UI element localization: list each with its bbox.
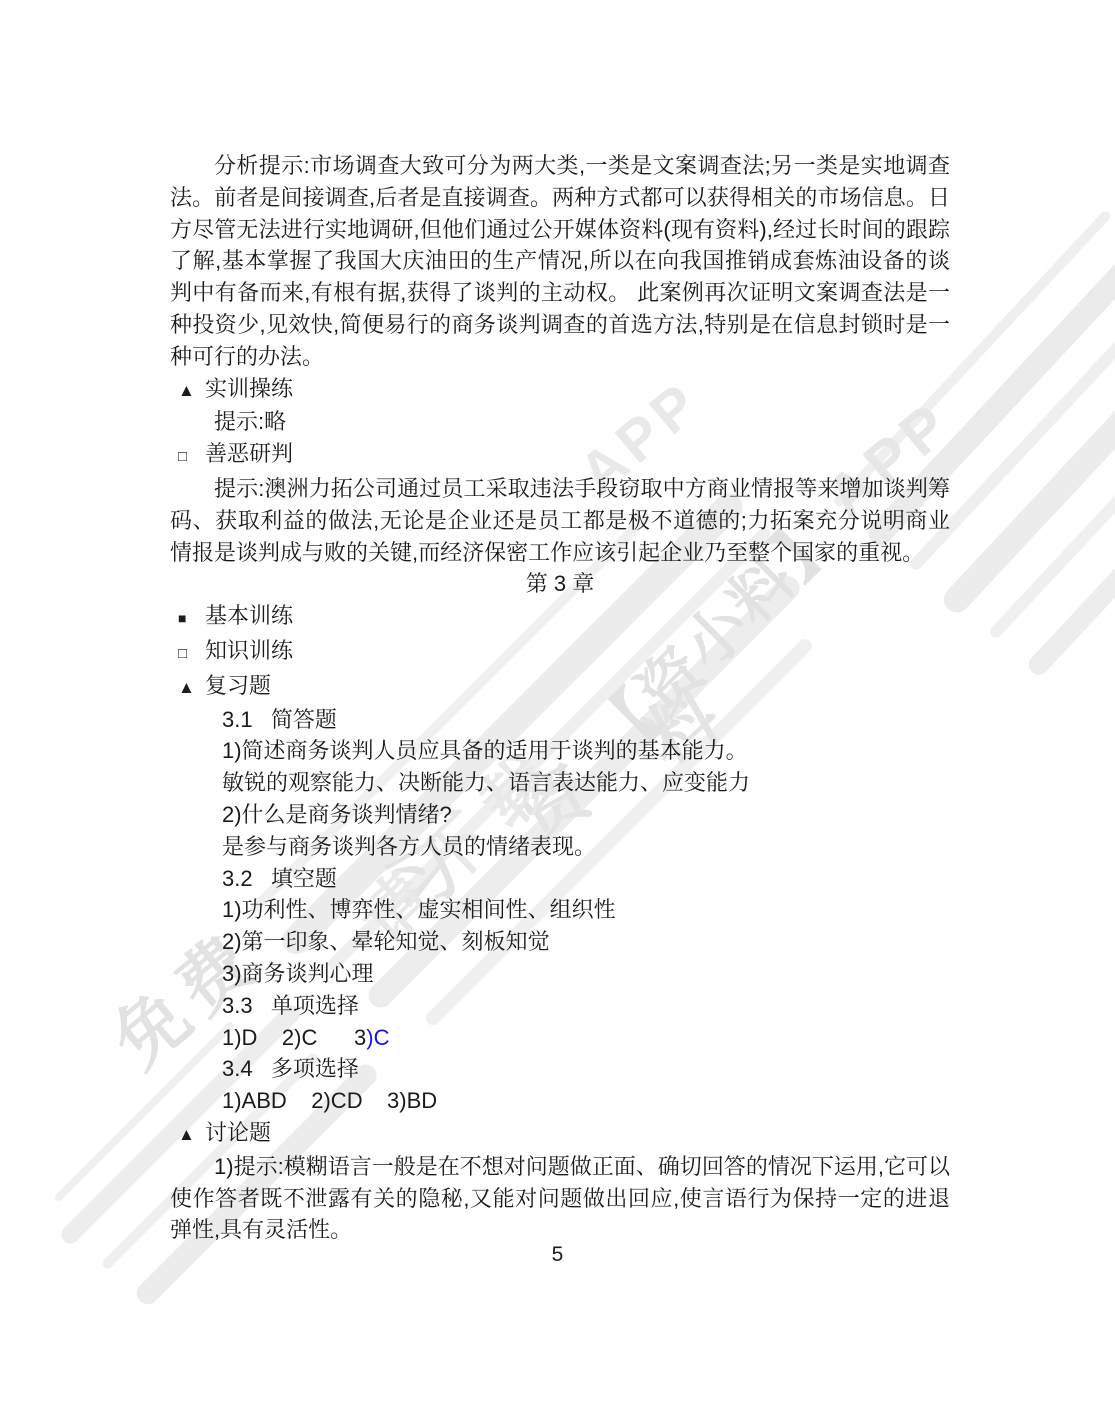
- answer-text: 1)D 2)C 3: [222, 1025, 366, 1050]
- answer-line: 2)第一印象、晕轮知觉、刻板知觉: [170, 926, 950, 958]
- square-hollow-marker-icon: □: [178, 441, 205, 473]
- triangle-marker-icon: ▲: [178, 375, 205, 407]
- section-item-basic-training: ■基本训练: [170, 600, 950, 635]
- discussion-hint-paragraph: 1)提示:模糊语言一般是在不想对问题做正面、确切回答的情况下运用,它可以使作答者…: [170, 1151, 950, 1246]
- section-item-label: 善恶研判: [205, 441, 293, 466]
- question-line: 2)什么是商务谈判情绪?: [170, 799, 950, 831]
- answer-line: 敏锐的观察能力、决断能力、语言表达能力、应变能力: [170, 767, 950, 799]
- page-content: 分析提示:市场调查大致可分为两大类,一类是文案调查法;另一类是实地调查法。前者是…: [170, 150, 950, 1246]
- square-hollow-marker-icon: □: [178, 638, 205, 670]
- answer-line: 是参与商务谈判各方人员的情绪表现。: [170, 831, 950, 863]
- answer-line: 3)商务谈判心理: [170, 958, 950, 990]
- section-item-knowledge-training: □知识训练: [170, 635, 950, 670]
- answer-text-highlighted: )C: [366, 1025, 389, 1050]
- answer-line-multi-choice: 1)ABD 2)CD 3)BD: [170, 1085, 950, 1117]
- page-number: 5: [0, 1243, 1115, 1267]
- section-item-label: 基本训练: [205, 603, 293, 628]
- subsection-heading-3-2: 3.2 填空题: [170, 863, 950, 895]
- subsection-heading-3-1: 3.1 简答题: [170, 704, 950, 736]
- question-line: 1)简述商务谈判人员应具备的适用于谈判的基本能力。: [170, 735, 950, 767]
- section-item-judgement: □善恶研判: [170, 438, 950, 473]
- subsection-heading-3-3: 3.3 单项选择: [170, 990, 950, 1022]
- answer-line-single-choice: 1)D 2)C 3)C: [170, 1022, 950, 1054]
- triangle-marker-icon: ▲: [178, 672, 205, 704]
- section-item-practice: ▲实训操练: [170, 373, 950, 407]
- practice-hint-line: 提示:略: [170, 406, 950, 438]
- section-item-review: ▲复习题: [170, 670, 950, 704]
- section-item-label: 知识训练: [205, 638, 293, 663]
- square-filled-marker-icon: ■: [178, 603, 205, 635]
- section-item-label: 讨论题: [205, 1120, 271, 1145]
- section-item-label: 复习题: [205, 673, 271, 698]
- judgement-hint-paragraph: 提示:澳洲力拓公司通过员工采取违法手段窃取中方商业情报等来增加谈判筹码、获取利益…: [170, 473, 950, 568]
- section-item-discussion: ▲讨论题: [170, 1117, 950, 1151]
- answer-line: 1)功利性、博弈性、虚实相间性、组织性: [170, 894, 950, 926]
- subsection-heading-3-4: 3.4 多项选择: [170, 1053, 950, 1085]
- document-page: 免费 习资料 请下载 【资小料】 APP APP 分析提示:市场调查大致可分为两…: [0, 0, 1115, 1410]
- section-item-label: 实训操练: [205, 376, 293, 401]
- chapter-heading: 第 3 章: [170, 568, 950, 600]
- analysis-hint-paragraph: 分析提示:市场调查大致可分为两大类,一类是文案调查法;另一类是实地调查法。前者是…: [170, 150, 950, 373]
- triangle-marker-icon: ▲: [178, 1119, 205, 1151]
